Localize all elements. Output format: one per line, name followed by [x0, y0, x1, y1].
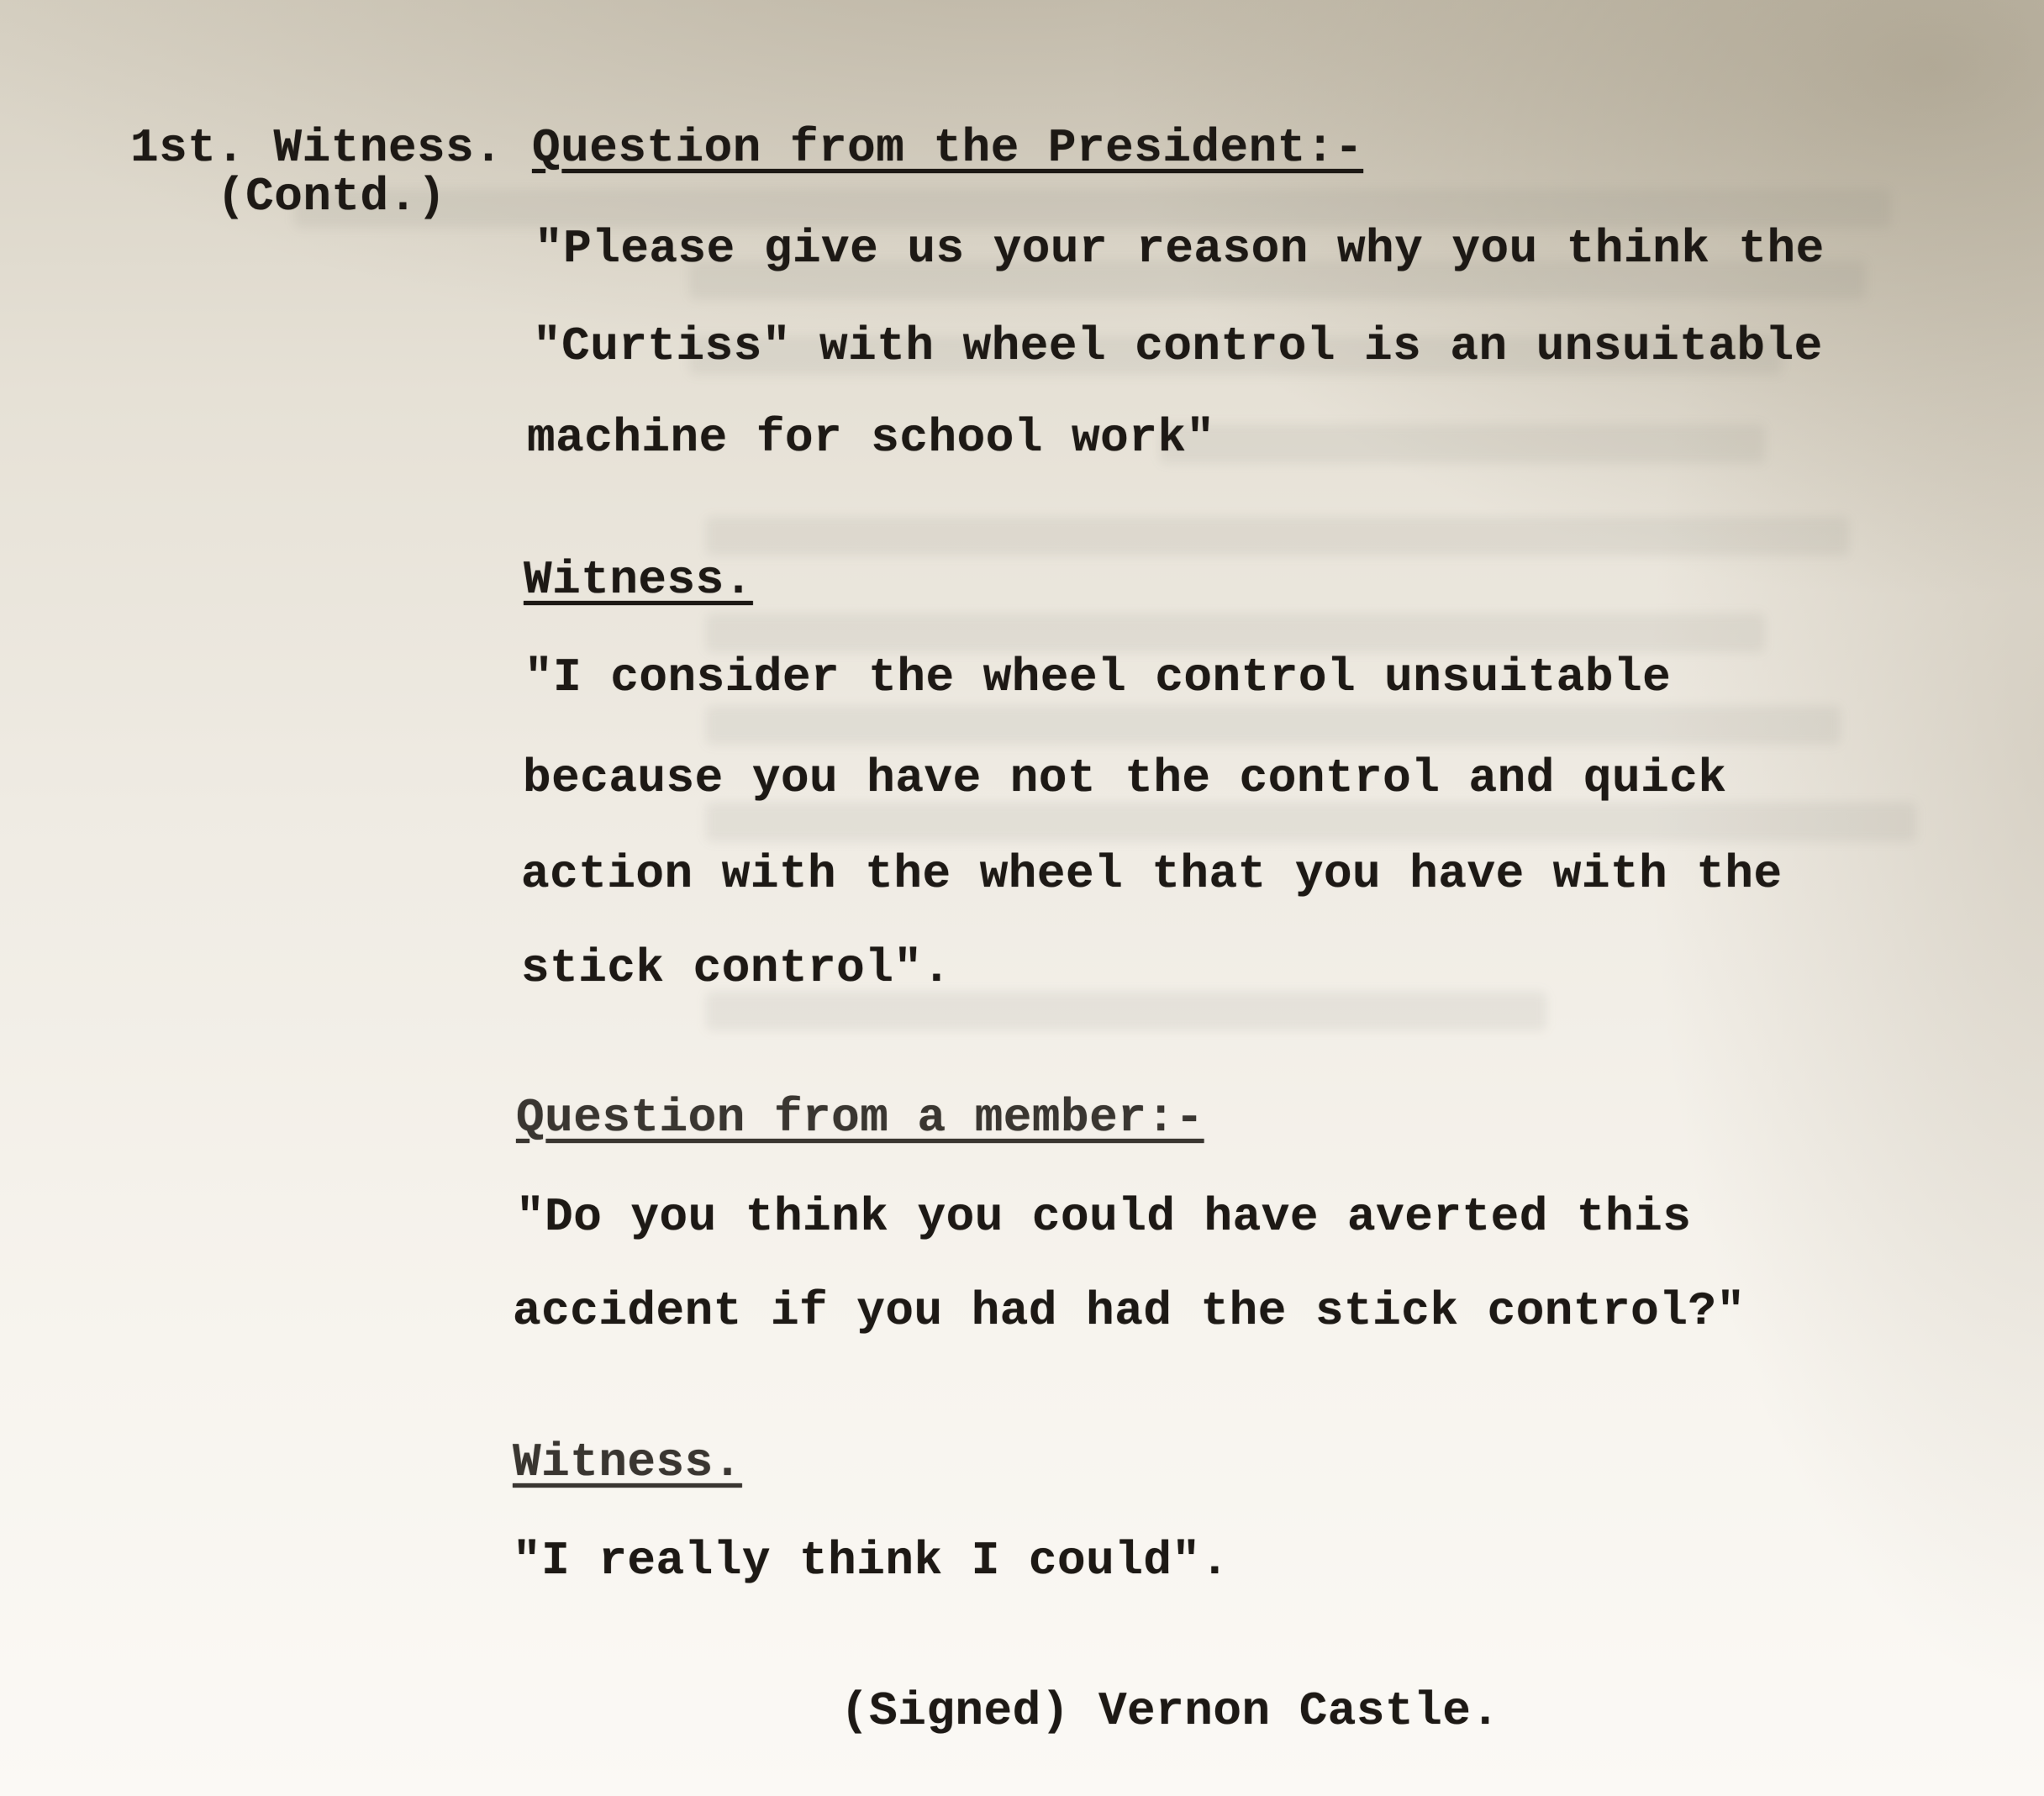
body-line: "I consider the wheel control unsuitable	[524, 654, 1671, 701]
body-line: machine for school work"	[527, 414, 1215, 461]
heading-witness-2: Witness.	[513, 1439, 742, 1486]
heading-question-president: Question from the President:-	[532, 124, 1363, 171]
heading-witness: Witness.	[524, 556, 753, 603]
body-line: "Do you think you could have averted thi…	[516, 1193, 1691, 1240]
body-line: because you have not the control and qui…	[523, 755, 1726, 802]
body-line: accident if you had had the stick contro…	[513, 1288, 1746, 1335]
body-line: stick control".	[521, 945, 951, 992]
body-line: "Curtiss" with wheel control is an unsui…	[533, 323, 1823, 370]
signature: (Signed) Vernon Castle.	[840, 1688, 1499, 1735]
margin-label-contd: (Contd.)	[217, 173, 446, 220]
body-line: action with the wheel that you have with…	[521, 851, 1783, 898]
heading-question-member: Question from a member:-	[516, 1094, 1204, 1141]
body-line: "I really think I could".	[513, 1537, 1230, 1584]
margin-label-witness: 1st. Witness.	[130, 124, 503, 171]
body-line: "Please give us your reason why you thin…	[535, 225, 1825, 272]
